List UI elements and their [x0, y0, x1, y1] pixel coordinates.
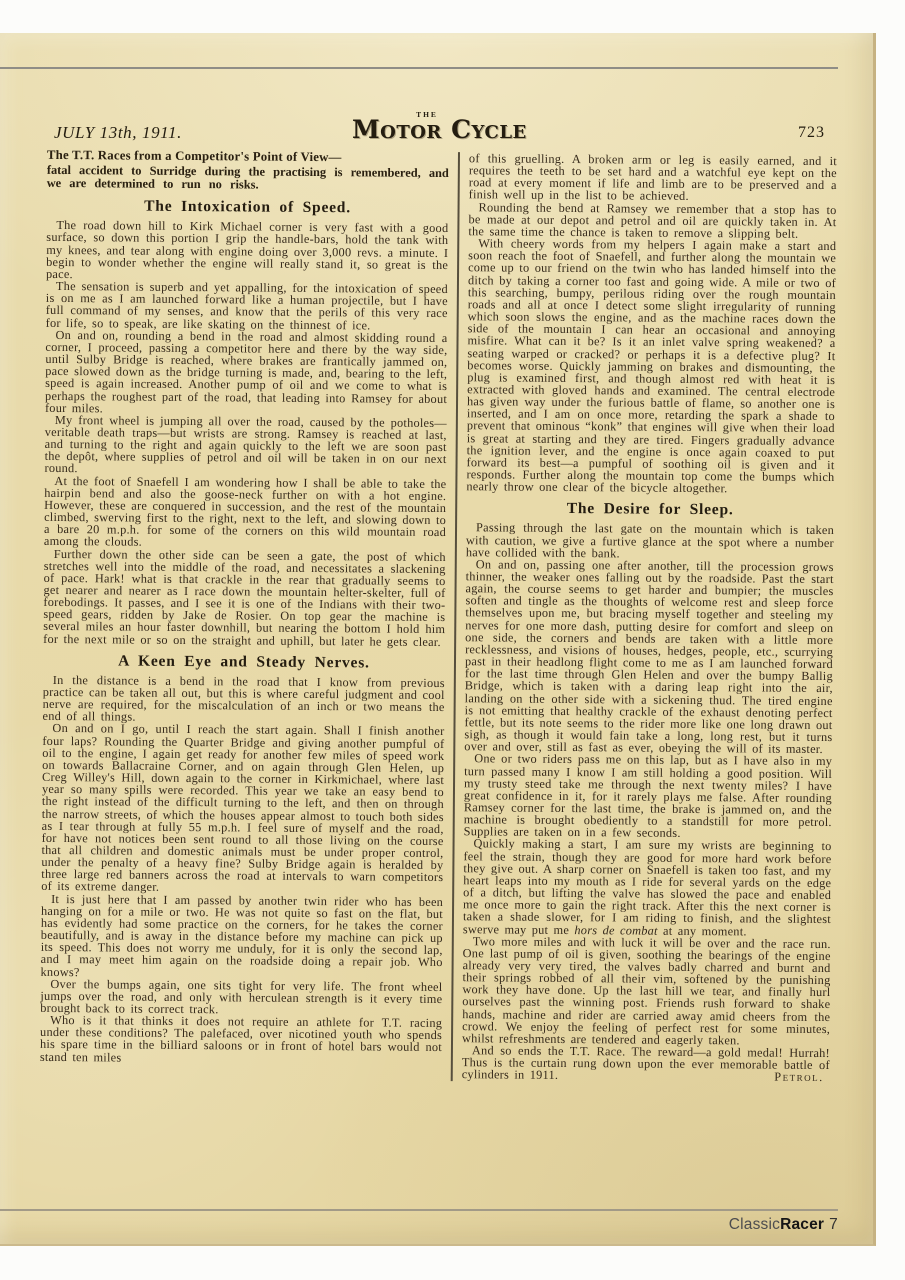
closing-paragraph: And so ends the T.T. Race. The reward—a …	[462, 1044, 830, 1083]
paragraph: Passing through the last gate on the mou…	[466, 522, 834, 561]
paragraph: Further down the other side can be seen …	[43, 547, 446, 647]
paragraph: With cheery words from my helpers I agai…	[466, 237, 836, 495]
paragraph: One or two riders pass me on this lap, b…	[464, 753, 833, 841]
paragraph: The sensation is superb and yet appallin…	[46, 280, 448, 332]
paragraph-text: Quickly making a start, I am sure my wri…	[463, 837, 832, 937]
motor-cycle-logo: The Motor Cycle	[352, 110, 502, 144]
paragraph: On and on, passing one after another, ti…	[464, 558, 834, 755]
paragraph: It is just here that I am passed by anot…	[41, 892, 444, 980]
footer-page-number: 7	[829, 1216, 838, 1233]
screenshot-canvas: JULY 13th, 1911. The Motor Cycle 723 The…	[0, 0, 905, 1280]
section-heading-intoxication-of-speed: The Intoxication of Speed.	[46, 197, 448, 218]
brand-racer: Racer	[780, 1216, 824, 1233]
paragraph: Over the bumps again, one sits tight for…	[40, 978, 442, 1018]
logo-title: Motor Cycle	[352, 115, 527, 144]
paragraph: of this gruelling. A broken arm or leg i…	[469, 152, 837, 204]
issue-date: JULY 13th, 1911.	[54, 123, 182, 143]
paragraph: Who is it that thinks it does not requir…	[40, 1014, 442, 1066]
article-columns: The T.T. Races from a Competitor's Point…	[40, 149, 837, 1084]
section-heading-keen-eye: A Keen Eye and Steady Nerves.	[43, 652, 445, 673]
footer-brand: ClassicRacer7	[0, 1216, 838, 1234]
byline-petrol: Petrol.	[764, 1071, 824, 1084]
left-column: The T.T. Races from a Competitor's Point…	[40, 149, 458, 1081]
section-heading-desire-for-sleep: The Desire for Sleep.	[466, 500, 834, 521]
magazine-page-scan: JULY 13th, 1911. The Motor Cycle 723 The…	[0, 33, 876, 1246]
page-number: 723	[798, 124, 825, 142]
top-rule	[0, 67, 838, 69]
paragraph: Two more miles and with luck it will be …	[462, 935, 831, 1047]
right-column: of this gruelling. A broken arm or leg i…	[453, 152, 837, 1083]
paragraph: In the distance is a bend in the road th…	[43, 674, 445, 726]
paragraph: My front wheel is jumping all over the r…	[44, 414, 446, 478]
continuation-paragraph: fatal accident to Surridge during the pr…	[47, 163, 449, 193]
paragraph: Rounding the bend at Ramsey we remember …	[468, 201, 836, 240]
brand-classic: Classic	[729, 1216, 780, 1233]
paragraph: The road down hill to Kirk Michael corne…	[46, 219, 448, 283]
paragraph: On and on I go, until I reach the start …	[41, 722, 444, 895]
paragraph: Quickly making a start, I am sure my wri…	[463, 838, 832, 938]
paragraph: At the foot of Snaefell I am wondering h…	[44, 474, 447, 550]
footer-rule	[0, 1209, 838, 1211]
paragraph: On and on, rounding a bend in the road a…	[45, 329, 448, 417]
